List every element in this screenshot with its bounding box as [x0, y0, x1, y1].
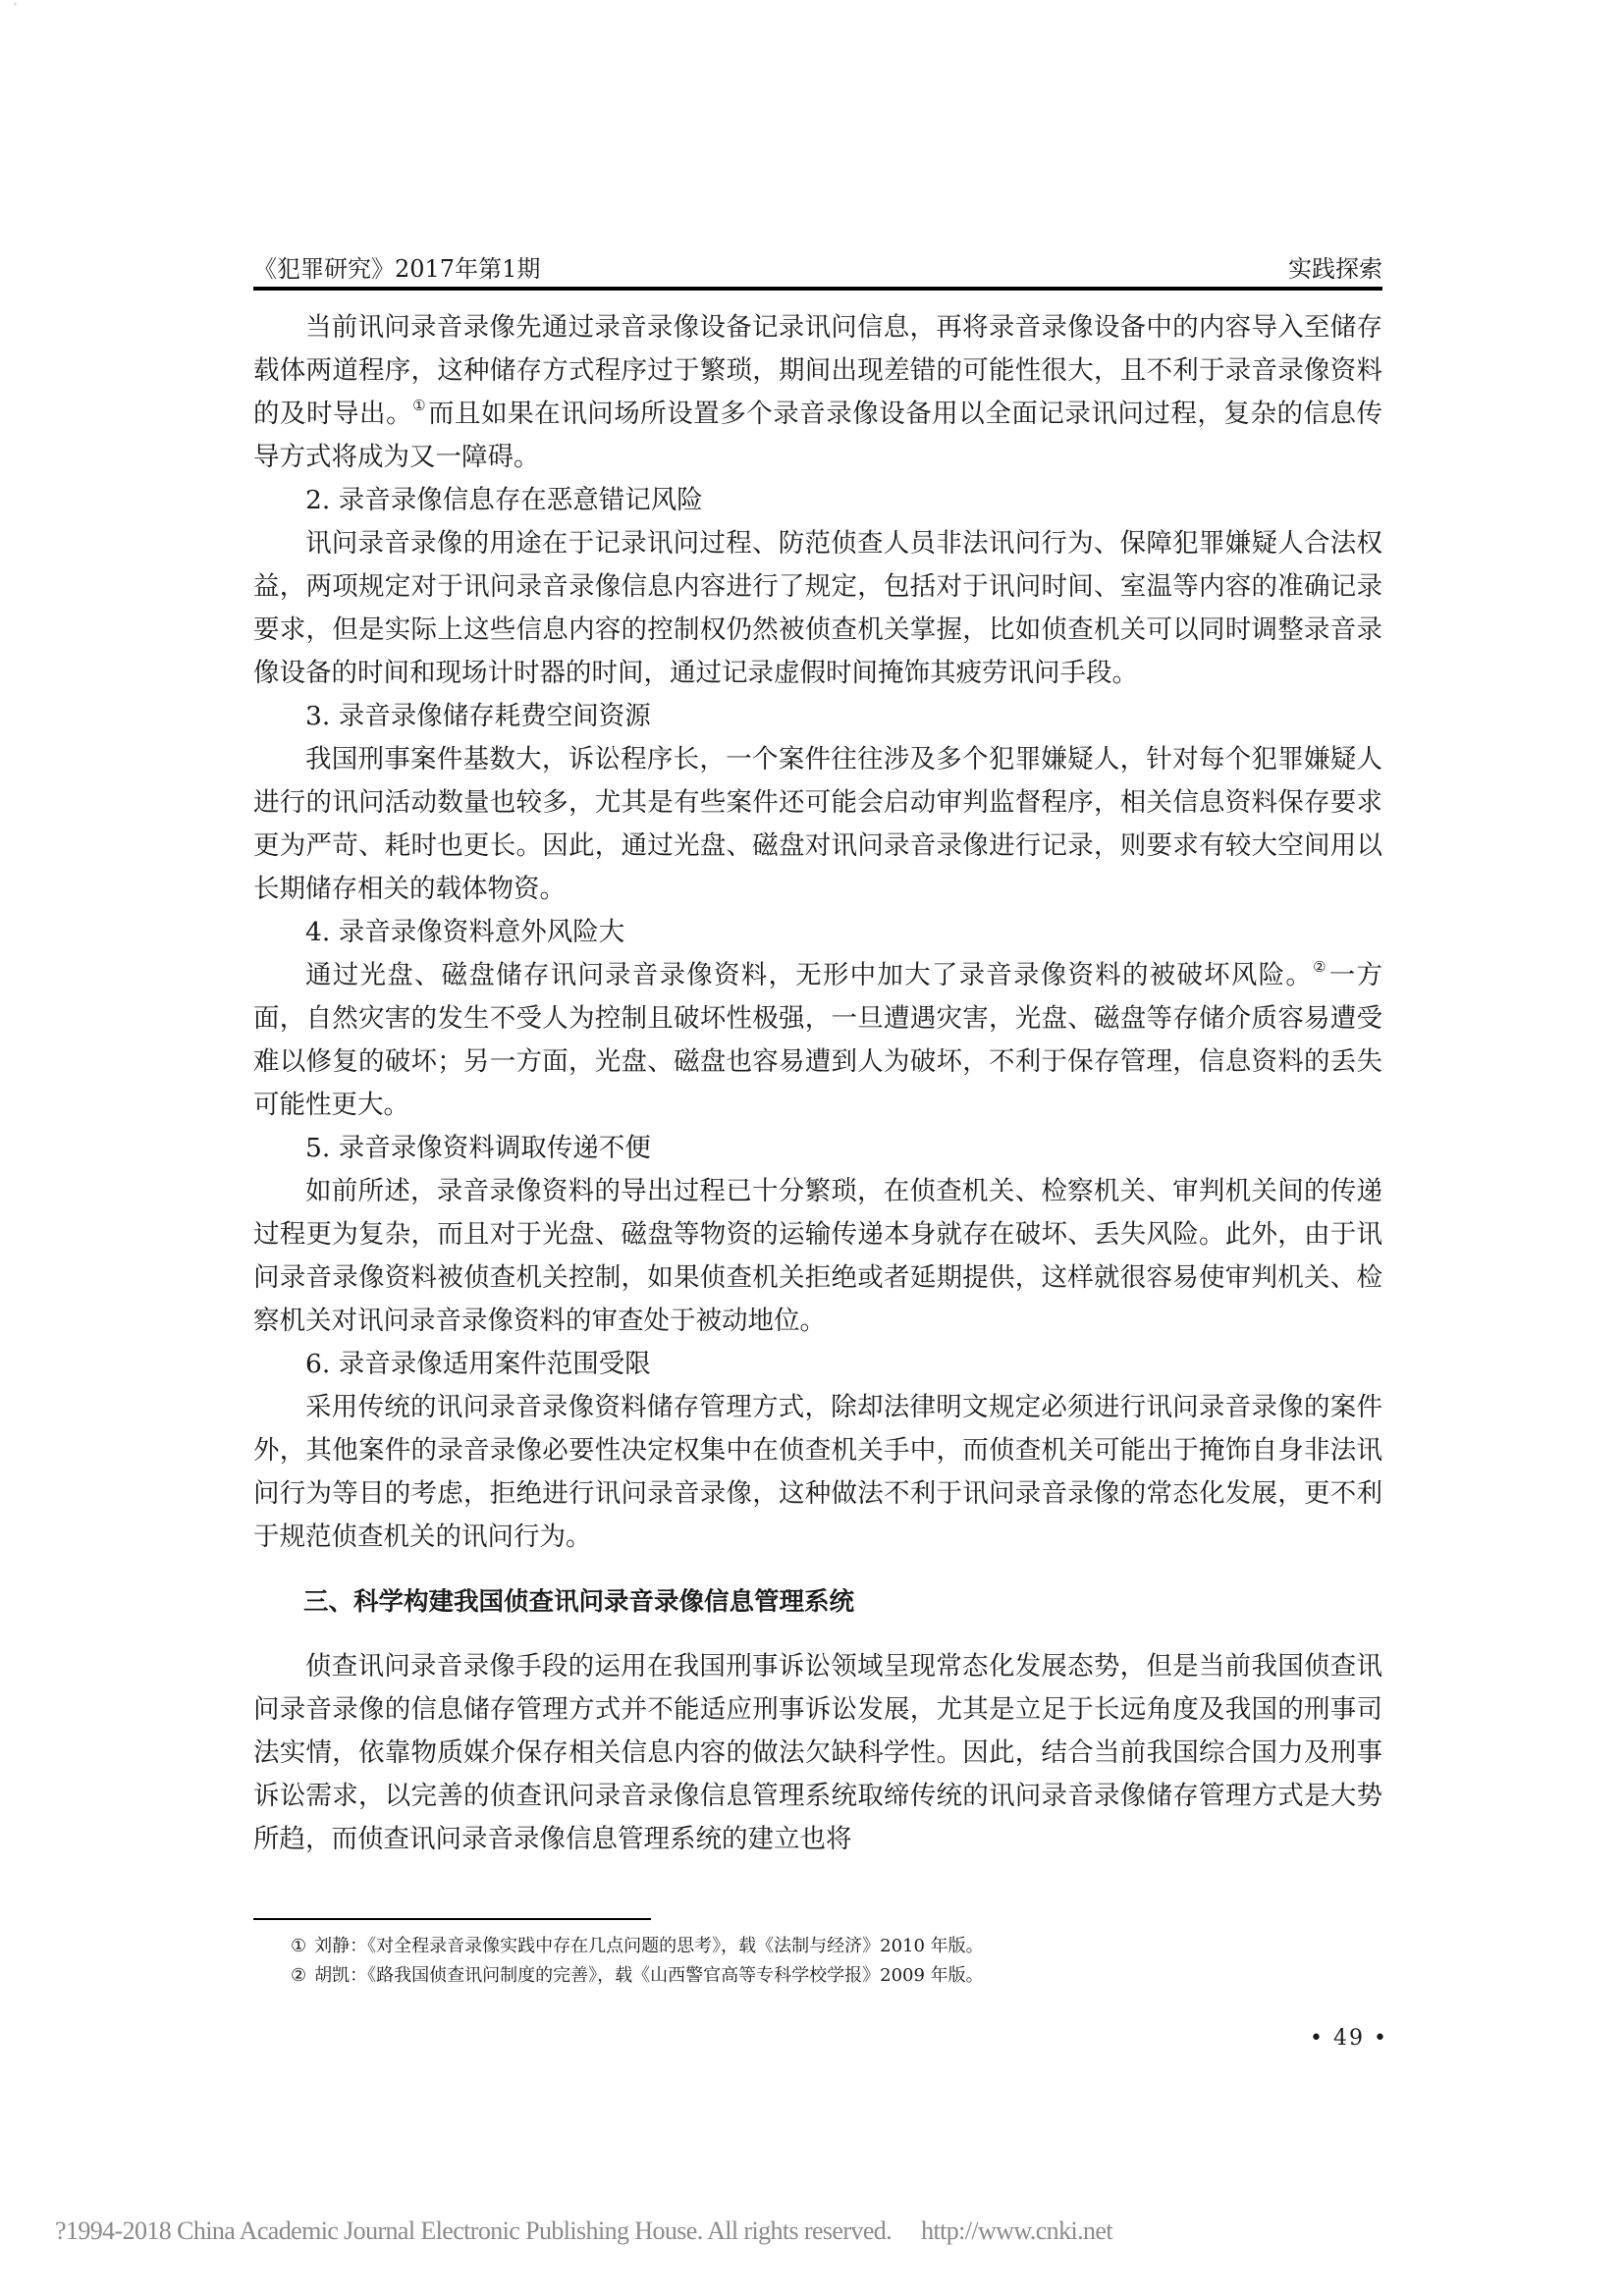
- paragraph: 当前讯问录音录像先通过录音录像设备记录讯问信息，再将录音录像设备中的内容导入至储…: [253, 306, 1382, 479]
- paragraph: 如前所述，录音录像资料的导出过程已十分繁琐，在侦查机关、检察机关、审判机关间的传…: [253, 1170, 1382, 1343]
- page-number: • 49 •: [1310, 2026, 1388, 2051]
- footnote-text: 胡凯：《路我国侦查讯问制度的完善》，载《山西警官高等专科学校学报》2009 年版…: [314, 1965, 984, 1986]
- footnote-1: ①刘静：《对全程录音录像实践中存在几点问题的思考》，载《法制与经济》2010 年…: [291, 1932, 1371, 1961]
- footnote-mark: ①: [291, 1936, 306, 1956]
- main-body: 当前讯问录音录像先通过录音录像设备记录讯问信息，再将录音录像设备中的内容导入至储…: [253, 306, 1382, 1861]
- subheading-4: 4. 录音录像资料意外风险大: [253, 911, 1382, 954]
- paragraph: 通过光盘、磁盘储存讯问录音录像资料，无形中加大了录音录像资料的被破坏风险。②一方…: [253, 954, 1382, 1127]
- paragraph: 我国刑事案件基数大，诉讼程序长，一个案件往往涉及多个犯罪嫌疑人，针对每个犯罪嫌疑…: [253, 738, 1382, 911]
- section-label: 实践探索: [1288, 251, 1382, 287]
- running-header: 《犯罪研究》2017年第1期 实践探索: [253, 251, 1382, 287]
- footnotes: ①刘静：《对全程录音录像实践中存在几点问题的思考》，载《法制与经济》2010 年…: [291, 1932, 1371, 1991]
- footnote-mark: ②: [291, 1965, 306, 1986]
- footnote-text: 刘静：《对全程录音录像实践中存在几点问题的思考》，载《法制与经济》2010 年版…: [314, 1936, 984, 1956]
- subheading-6: 6. 录音录像适用案件范围受限: [253, 1343, 1382, 1386]
- paragraph: 侦查讯问录音录像手段的运用在我国刑事诉讼领域呈现常态化发展态势，但是当前我国侦查…: [253, 1645, 1382, 1861]
- cnki-link[interactable]: http://www.cnki.net: [921, 2216, 1112, 2245]
- subheading-3: 3. 录音录像储存耗费空间资源: [253, 695, 1382, 738]
- copyright-watermark: ?1994-2018 China Academic Journal Electr…: [55, 2216, 1112, 2246]
- footnote-ref-1[interactable]: ①: [412, 397, 426, 414]
- subheading-5: 5. 录音录像资料调取传递不便: [253, 1127, 1382, 1170]
- section-title: 三、科学构建我国侦查讯问录音录像信息管理系统: [253, 1580, 1382, 1624]
- paragraph: 讯问录音录像的用途在于记录讯问过程、防范侦查人员非法讯问行为、保障犯罪嫌疑人合法…: [253, 522, 1382, 695]
- journal-issue: 《犯罪研究》2017年第1期: [253, 251, 540, 287]
- paragraph: 采用传统的讯问录音录像资料储存管理方式，除却法律明文规定必须进行讯问录音录像的案…: [253, 1386, 1382, 1559]
- paragraph-text: 通过光盘、磁盘储存讯问录音录像资料，无形中加大了录音录像资料的被破坏风险。: [305, 960, 1313, 990]
- header-rule: [253, 287, 1382, 291]
- footnote-2: ②胡凯：《路我国侦查讯问制度的完善》，载《山西警官高等专科学校学报》2009 年…: [291, 1961, 1371, 1991]
- footnote-rule: [253, 1918, 651, 1920]
- footnote-ref-2[interactable]: ②: [1313, 958, 1327, 976]
- copyright-text: ?1994-2018 China Academic Journal Electr…: [55, 2216, 892, 2245]
- subheading-2: 2. 录音录像信息存在恶意错记风险: [253, 479, 1382, 522]
- scan-corner-mark: ﾞ: [14, 0, 19, 15]
